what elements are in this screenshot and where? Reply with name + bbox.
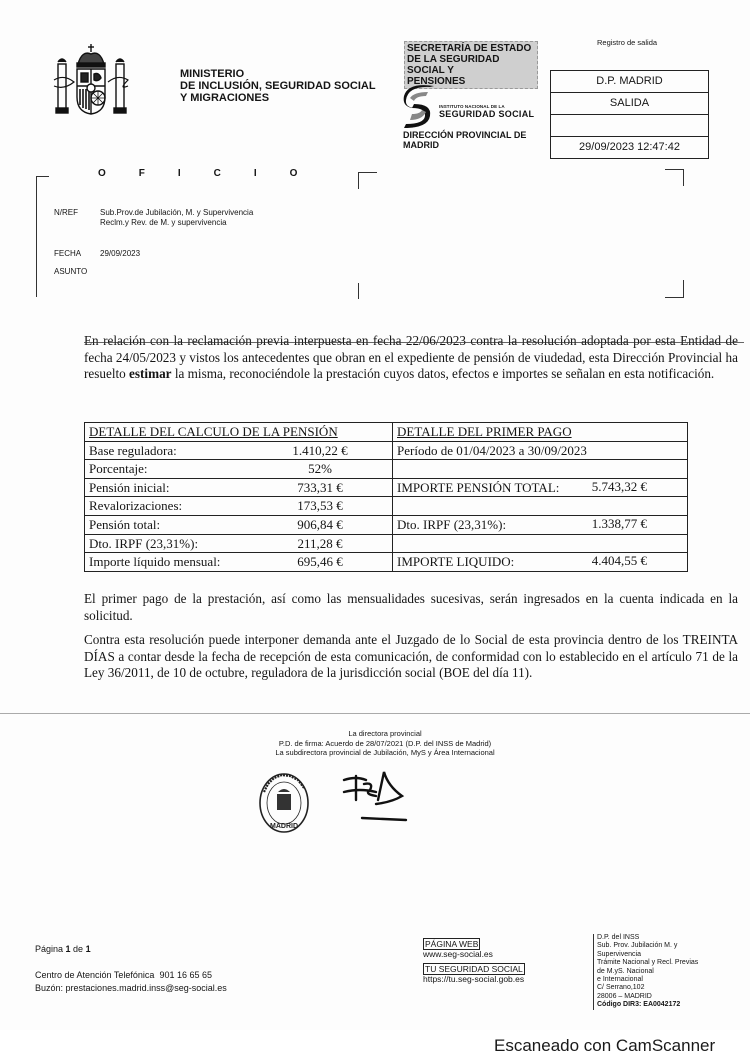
tss-url-link[interactable]: https://tu.seg-social.gob.es — [423, 974, 525, 984]
fecha-value: 29/09/2023 — [100, 249, 140, 259]
appeal-paragraph: Contra esta resolución puede interponer … — [84, 632, 738, 682]
table-header-row: DETALLE DEL CALCULO DE LA PENSIÓN DETALL… — [85, 423, 687, 442]
inss-logo-icon — [400, 84, 436, 130]
scan-fold-line-2 — [0, 713, 750, 714]
camscanner-watermark: Escaneado con CamScanner — [494, 1036, 715, 1056]
payment-paragraph: El primer pago de la prestación, así com… — [84, 591, 738, 624]
direccion-provincial: DIRECCIÓN PROVINCIAL DE MADRID — [403, 130, 526, 150]
registro-type: SALIDA — [551, 93, 708, 115]
email-link[interactable]: prestaciones.madrid.inss@seg-social.es — [66, 983, 227, 993]
page-indicator: Página 1 de 1 — [35, 944, 91, 954]
first-payment-header: DETALLE DEL PRIMER PAGO — [397, 424, 572, 440]
table-row: Pensión inicial:733,31 € IMPORTE PENSIÓN… — [85, 479, 687, 498]
phone-number: 901 16 65 65 — [159, 970, 212, 980]
signature-block: La directora provincial P.D. de firma: A… — [250, 729, 520, 758]
scan-fold-line — [84, 342, 744, 343]
bracket-top-right — [665, 169, 684, 186]
inss-title: SEGURIDAD SOCIAL — [439, 109, 534, 119]
table-row: Base reguladora:1.410,22 € Período de 01… — [85, 442, 687, 461]
dp-inss-address: D.P. del INSS Sub. Prov. Jubilación M. y… — [593, 934, 698, 1010]
table-row: Porcentaje:52% — [85, 460, 687, 479]
registro-salida-label: Registro de salida — [597, 38, 657, 47]
table-row: Revalorizaciones:173,53 € — [85, 497, 687, 516]
oficio-title: OFICIO — [98, 168, 330, 179]
dir3-code: Código DIR3: EA0042172 — [597, 1001, 698, 1009]
svg-text:MADRID: MADRID — [270, 823, 298, 830]
calc-header: DETALLE DEL CALCULO DE LA PENSIÓN — [89, 424, 338, 440]
spain-coat-of-arms-icon — [52, 42, 130, 116]
secretaria-label: SECRETARÍA DE ESTADO DE LA SEGURIDAD SOC… — [404, 41, 538, 89]
table-row: Importe líquido mensual:695,46 € IMPORTE… — [85, 553, 687, 571]
official-stamp-icon: MADRID — [258, 772, 310, 834]
registro-empty — [551, 115, 708, 137]
handwritten-signature-icon — [340, 770, 410, 826]
fecha-label: FECHA — [54, 249, 81, 258]
bracket-top-mid — [358, 172, 377, 189]
bracket-bottom-right — [665, 280, 684, 298]
table-row: Dto. IRPF (23,31%):211,28 € — [85, 535, 687, 554]
registro-timestamp: 29/09/2023 12:47:42 — [551, 137, 708, 158]
bracket-bottom-mid — [358, 283, 360, 299]
contact-info: Centro de Atención Telefónica 901 16 65 … — [35, 969, 227, 995]
pension-detail-table: DETALLE DEL CALCULO DE LA PENSIÓN DETALL… — [84, 422, 688, 572]
web-url-link[interactable]: www.seg-social.es — [423, 949, 525, 959]
asunto-label: ASUNTO — [54, 267, 87, 276]
table-row: Pensión total:906,84 € Dto. IRPF (23,31%… — [85, 516, 687, 535]
intro-paragraph: En relación con la reclamación previa in… — [84, 333, 738, 383]
bracket-top-left — [36, 176, 49, 297]
web-links: PÁGINA WEB www.seg-social.es TU SEGURIDA… — [423, 939, 525, 984]
ministry-name: MINISTERIO DE INCLUSIÓN, SEGURIDAD SOCIA… — [180, 68, 376, 104]
registro-office: D.P. MADRID — [551, 71, 708, 93]
nref-value: Sub.Prov.de Jubilación, M. y Supervivenc… — [100, 208, 253, 227]
nref-label: N/REF — [54, 208, 78, 217]
registro-salida-box: D.P. MADRID SALIDA 29/09/2023 12:47:42 — [550, 70, 709, 159]
